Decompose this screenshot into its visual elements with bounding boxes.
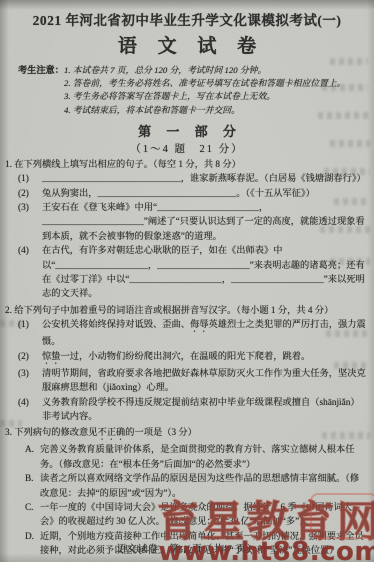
item-number: (1) <box>18 318 29 332</box>
question-2-item-3: (3)清明节期间，省政府要求各地把做好森林草原防灭火工作作为重大任务，坚决克服麻… <box>0 367 366 396</box>
emphasized-word: 不正确 <box>98 428 126 438</box>
item-number: (1) <box>18 172 29 186</box>
subject-title: 语 文 试 卷 <box>0 31 374 58</box>
section-range: （1～4 题 21 分） <box>0 141 374 156</box>
notice-item: 2. 答卷前，考生务必将姓名、准考证号填写在试卷和答题卡相应位置上。 <box>64 77 366 90</box>
notice-label: 考生注意： <box>18 64 64 117</box>
stem-text: 的一项是（3 分） <box>125 428 197 438</box>
question-2: 2. 给下列句子中加着重号的词语注音或根据拼音写汉字。（每小题 1 分，共 4 … <box>0 304 366 424</box>
question-3-option-c: C.一年一度的《中国诗词大会》是许多观众的期待。据统计，6 季《中国诗词大会》的… <box>0 501 366 530</box>
question-3-option-a: A.完善义务教育质量评价体系，是全面贯彻党的教育方针、落实立德树人根本任务。（修… <box>0 443 366 472</box>
question-1: 1. 在下列横线上填写出相应的句子。（每空 1 分，共 8 分） (1)____… <box>0 158 366 302</box>
emphasized-word: 侮辱 <box>190 320 209 330</box>
section-title: 第 一 部 分 <box>0 121 374 140</box>
exam-title: 2021 年河北省初中毕业生升学文化课模拟考试(一) <box>6 9 368 29</box>
question-2-stem: 2. 给下列句子中加着重号的词语注音或根据拼音写汉字。（每小题 1 分，共 4 … <box>0 304 366 318</box>
question-1-stem: 1. 在下列横线上填写出相应的句子。（每空 1 分，共 8 分） <box>0 158 366 172</box>
question-2-item-4: (4)义务教育阶段学校不得违反规定提前结束初中毕业年级课程或擅自（shānjiǎ… <box>0 396 366 425</box>
page-footer: 语文试卷 第 1 页（共 7 页） <box>0 541 374 555</box>
exam-paper-page: 2021 年河北省初中毕业生升学文化课模拟考试(一) 语 文 试 卷 考生注意：… <box>0 0 374 562</box>
option-label: A. <box>25 443 34 457</box>
item-text: 一过，小动物们纷纷爬出洞穴，在温暖的阳光下爬着，跳着。 <box>61 352 311 362</box>
option-text: 一年一度的《中国诗词大会》是许多观众的期待。据统计，6 季《中国诗词大会》的收视… <box>40 503 352 527</box>
question-1-item-1: (1)______________________________，谁家新燕啄春… <box>0 172 366 186</box>
option-text: 完善义务教育质量评价体系，是全面贯彻党的教育方针、落实立德树人根本任务。（修改意… <box>40 445 355 469</box>
item-text: 王安石在《登飞来峰》中用“______________________，____… <box>42 203 365 242</box>
question-3-stem: 3. 下列病句的修改意见不正确的一项是（3 分） <box>0 426 366 443</box>
item-text: ______________________________，谁家新燕啄春泥。（… <box>42 174 366 184</box>
item-number: (2) <box>18 187 29 201</box>
question-1-item-3: (3)王安石在《登飞来峰》中用“______________________，_… <box>0 201 366 244</box>
question-3: 3. 下列病句的修改意见不正确的一项是（3 分） A.完善义务教育质量评价体系，… <box>0 426 366 558</box>
question-3-option-b: B.读者之所以喜欢网络文学作品的原因是因为这些作品的思想感情丰富细腻。（修改意见… <box>0 472 366 501</box>
item-text: 在古代，有许多对朝廷忠心耿耿的臣子，如在《出师表》中以“____________… <box>42 246 365 299</box>
notice-item: 4. 考试结束后，将本试卷和答题卡一并交回。 <box>64 104 366 117</box>
candidate-notice: 考生注意： 1. 本试卷共 7 页，总分 120 分，考试时间 120 分钟。 … <box>18 64 366 117</box>
item-number: (4) <box>18 244 29 258</box>
notice-items: 1. 本试卷共 7 页，总分 120 分，考试时间 120 分钟。 2. 答卷前… <box>64 64 366 117</box>
item-number: (3) <box>18 201 29 215</box>
notice-item: 1. 本试卷共 7 页，总分 120 分，考试时间 120 分钟。 <box>64 64 366 77</box>
item-text: 兔从狗窦出，______________________________。（《十… <box>42 189 315 199</box>
item-number: (4) <box>18 396 29 410</box>
emphasized-word: 惊蛰 <box>42 352 61 362</box>
question-2-item-1: (1)公安机关将始终保持对诋毁、歪曲、侮辱英雄烈士之类犯罪的严厉打击，强力震慑。 <box>0 318 366 349</box>
item-number: (2) <box>18 350 29 364</box>
item-number: (3) <box>18 367 29 381</box>
item-text: 公安机关将始终保持对诋毁、歪曲、 <box>42 320 190 330</box>
question-2-item-2: (2)惊蛰一过，小动物们纷纷爬出洞穴，在温暖的阳光下爬着，跳着。 <box>0 350 366 367</box>
item-text: 清明节期间，省政府要求各地把做好森林草原防灭火工作作为重大任务，坚决克服麻痹思想… <box>42 369 366 393</box>
stem-text: 3. 下列病句的修改意见 <box>5 428 98 438</box>
item-text: 义务教育阶段学校不得违反规定提前结束初中毕业年级课程或擅自（shānjiǎn）非… <box>42 398 360 422</box>
question-1-item-4: (4)在古代，有许多对朝廷忠心耿耿的臣子，如在《出师表》中以“_________… <box>0 244 366 302</box>
notice-item: 3. 考生务必将答案写在答题卡上，写在本试卷上无效。 <box>64 90 366 103</box>
option-label: C. <box>25 501 33 515</box>
option-text: 读者之所以喜欢网络文学作品的原因是因为这些作品的思想感情丰富细腻。（修改意见：去… <box>40 474 359 498</box>
option-label: B. <box>25 472 33 486</box>
question-1-item-2: (2)兔从狗窦出，______________________________。… <box>0 187 366 201</box>
